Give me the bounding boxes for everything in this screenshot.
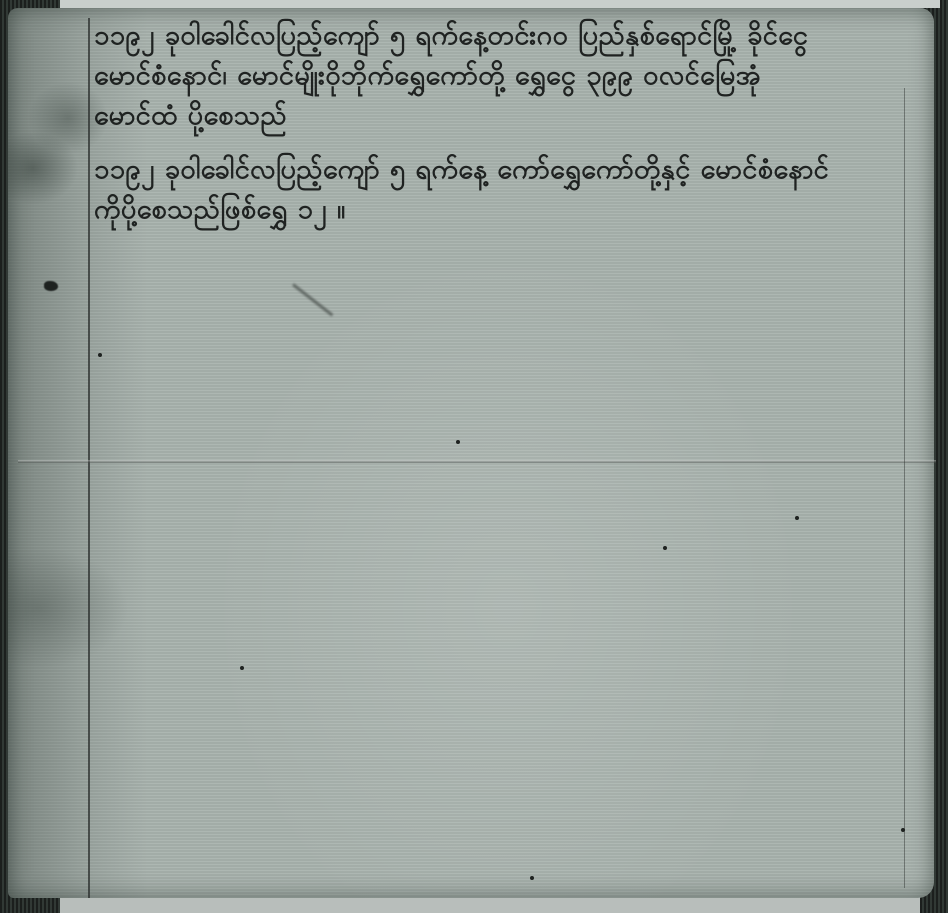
ink-blot: [44, 281, 58, 291]
left-margin-rule: [88, 18, 90, 898]
text-line: မောင်ထံ ပို့စေသည်: [94, 96, 934, 136]
diagonal-smudge: [292, 283, 333, 316]
text-line: ၁၁၉၂ ခုဝါခေါင်လပြည့်ကျော် ၅ ရက်နေ့တင်းဂဝ…: [94, 16, 934, 56]
speck: [530, 876, 534, 880]
speck: [663, 546, 667, 550]
text-line: ၁၁၉၂ ခုဝါခေါင်လပြည့်ကျော် ၅ ရက်နေ့ ကော်ရ…: [94, 150, 934, 190]
speck: [456, 440, 460, 444]
horizontal-fold-crease: [18, 460, 936, 463]
paragraph-1: ၁၁၉၂ ခုဝါခေါင်လပြည့်ကျော် ၅ ရက်နေ့တင်းဂဝ…: [94, 16, 934, 136]
manuscript-page: ၁၁၉၂ ခုဝါခေါင်လပြည့်ကျော် ၅ ရက်နေ့တင်းဂဝ…: [8, 8, 934, 898]
speck: [98, 353, 102, 357]
paragraph-2: ၁၁၉၂ ခုဝါခေါင်လပြည့်ကျော် ၅ ရက်နေ့ ကော်ရ…: [94, 150, 934, 230]
text-line: ကိုပို့စေသည်ဖြစ်ရွှေ ၁၂ ။: [94, 190, 934, 230]
text-line: မောင်စံနောင်၊ မောင်မျိုးဝိုဘိုက်ရွှေကော်…: [94, 56, 934, 96]
speck: [901, 828, 905, 832]
speck: [240, 666, 244, 670]
scan-top-edge: [60, 0, 940, 8]
speck: [795, 516, 799, 520]
handwritten-text: ၁၁၉၂ ခုဝါခေါင်လပြည့်ကျော် ၅ ရက်နေ့တင်းဂဝ…: [94, 16, 934, 230]
scan-background: ၁၁၉၂ ခုဝါခေါင်လပြည့်ကျော် ၅ ရက်နေ့တင်းဂဝ…: [0, 0, 948, 913]
